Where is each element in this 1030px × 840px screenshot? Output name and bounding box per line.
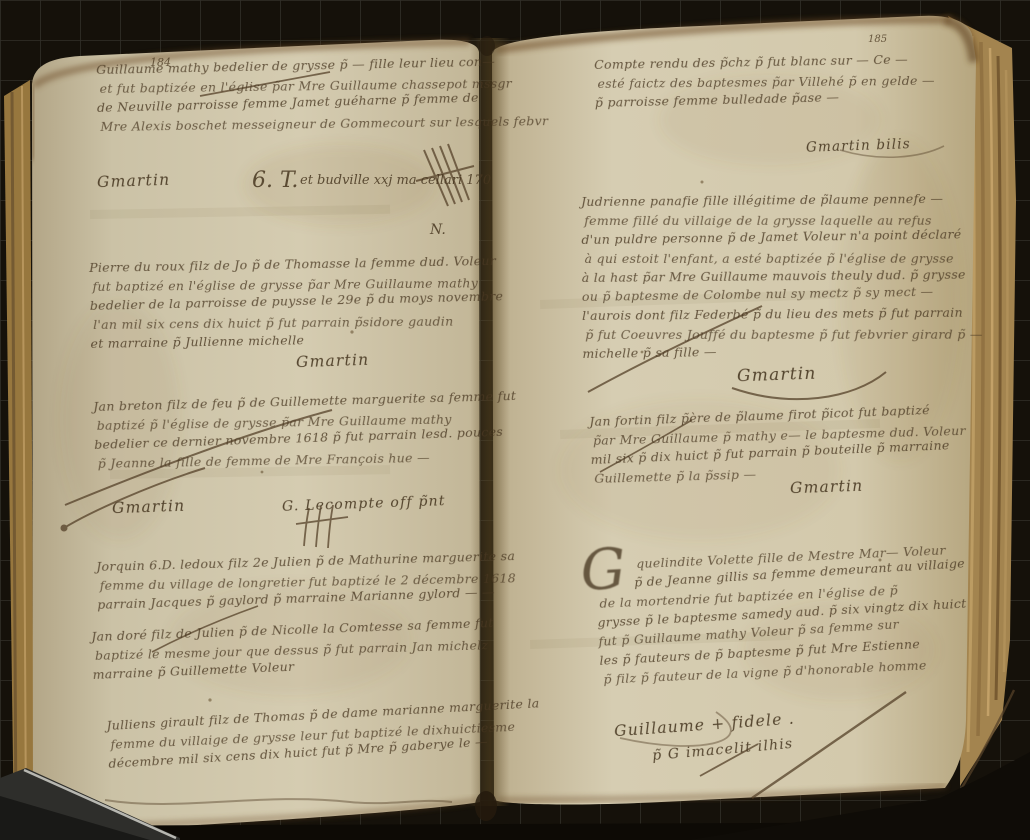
manuscript-register-photo: 184 Guillaume mathy bedelier de grysse p… (0, 0, 1030, 840)
gutter-shadow (470, 38, 510, 806)
book-artwork (0, 0, 1030, 840)
